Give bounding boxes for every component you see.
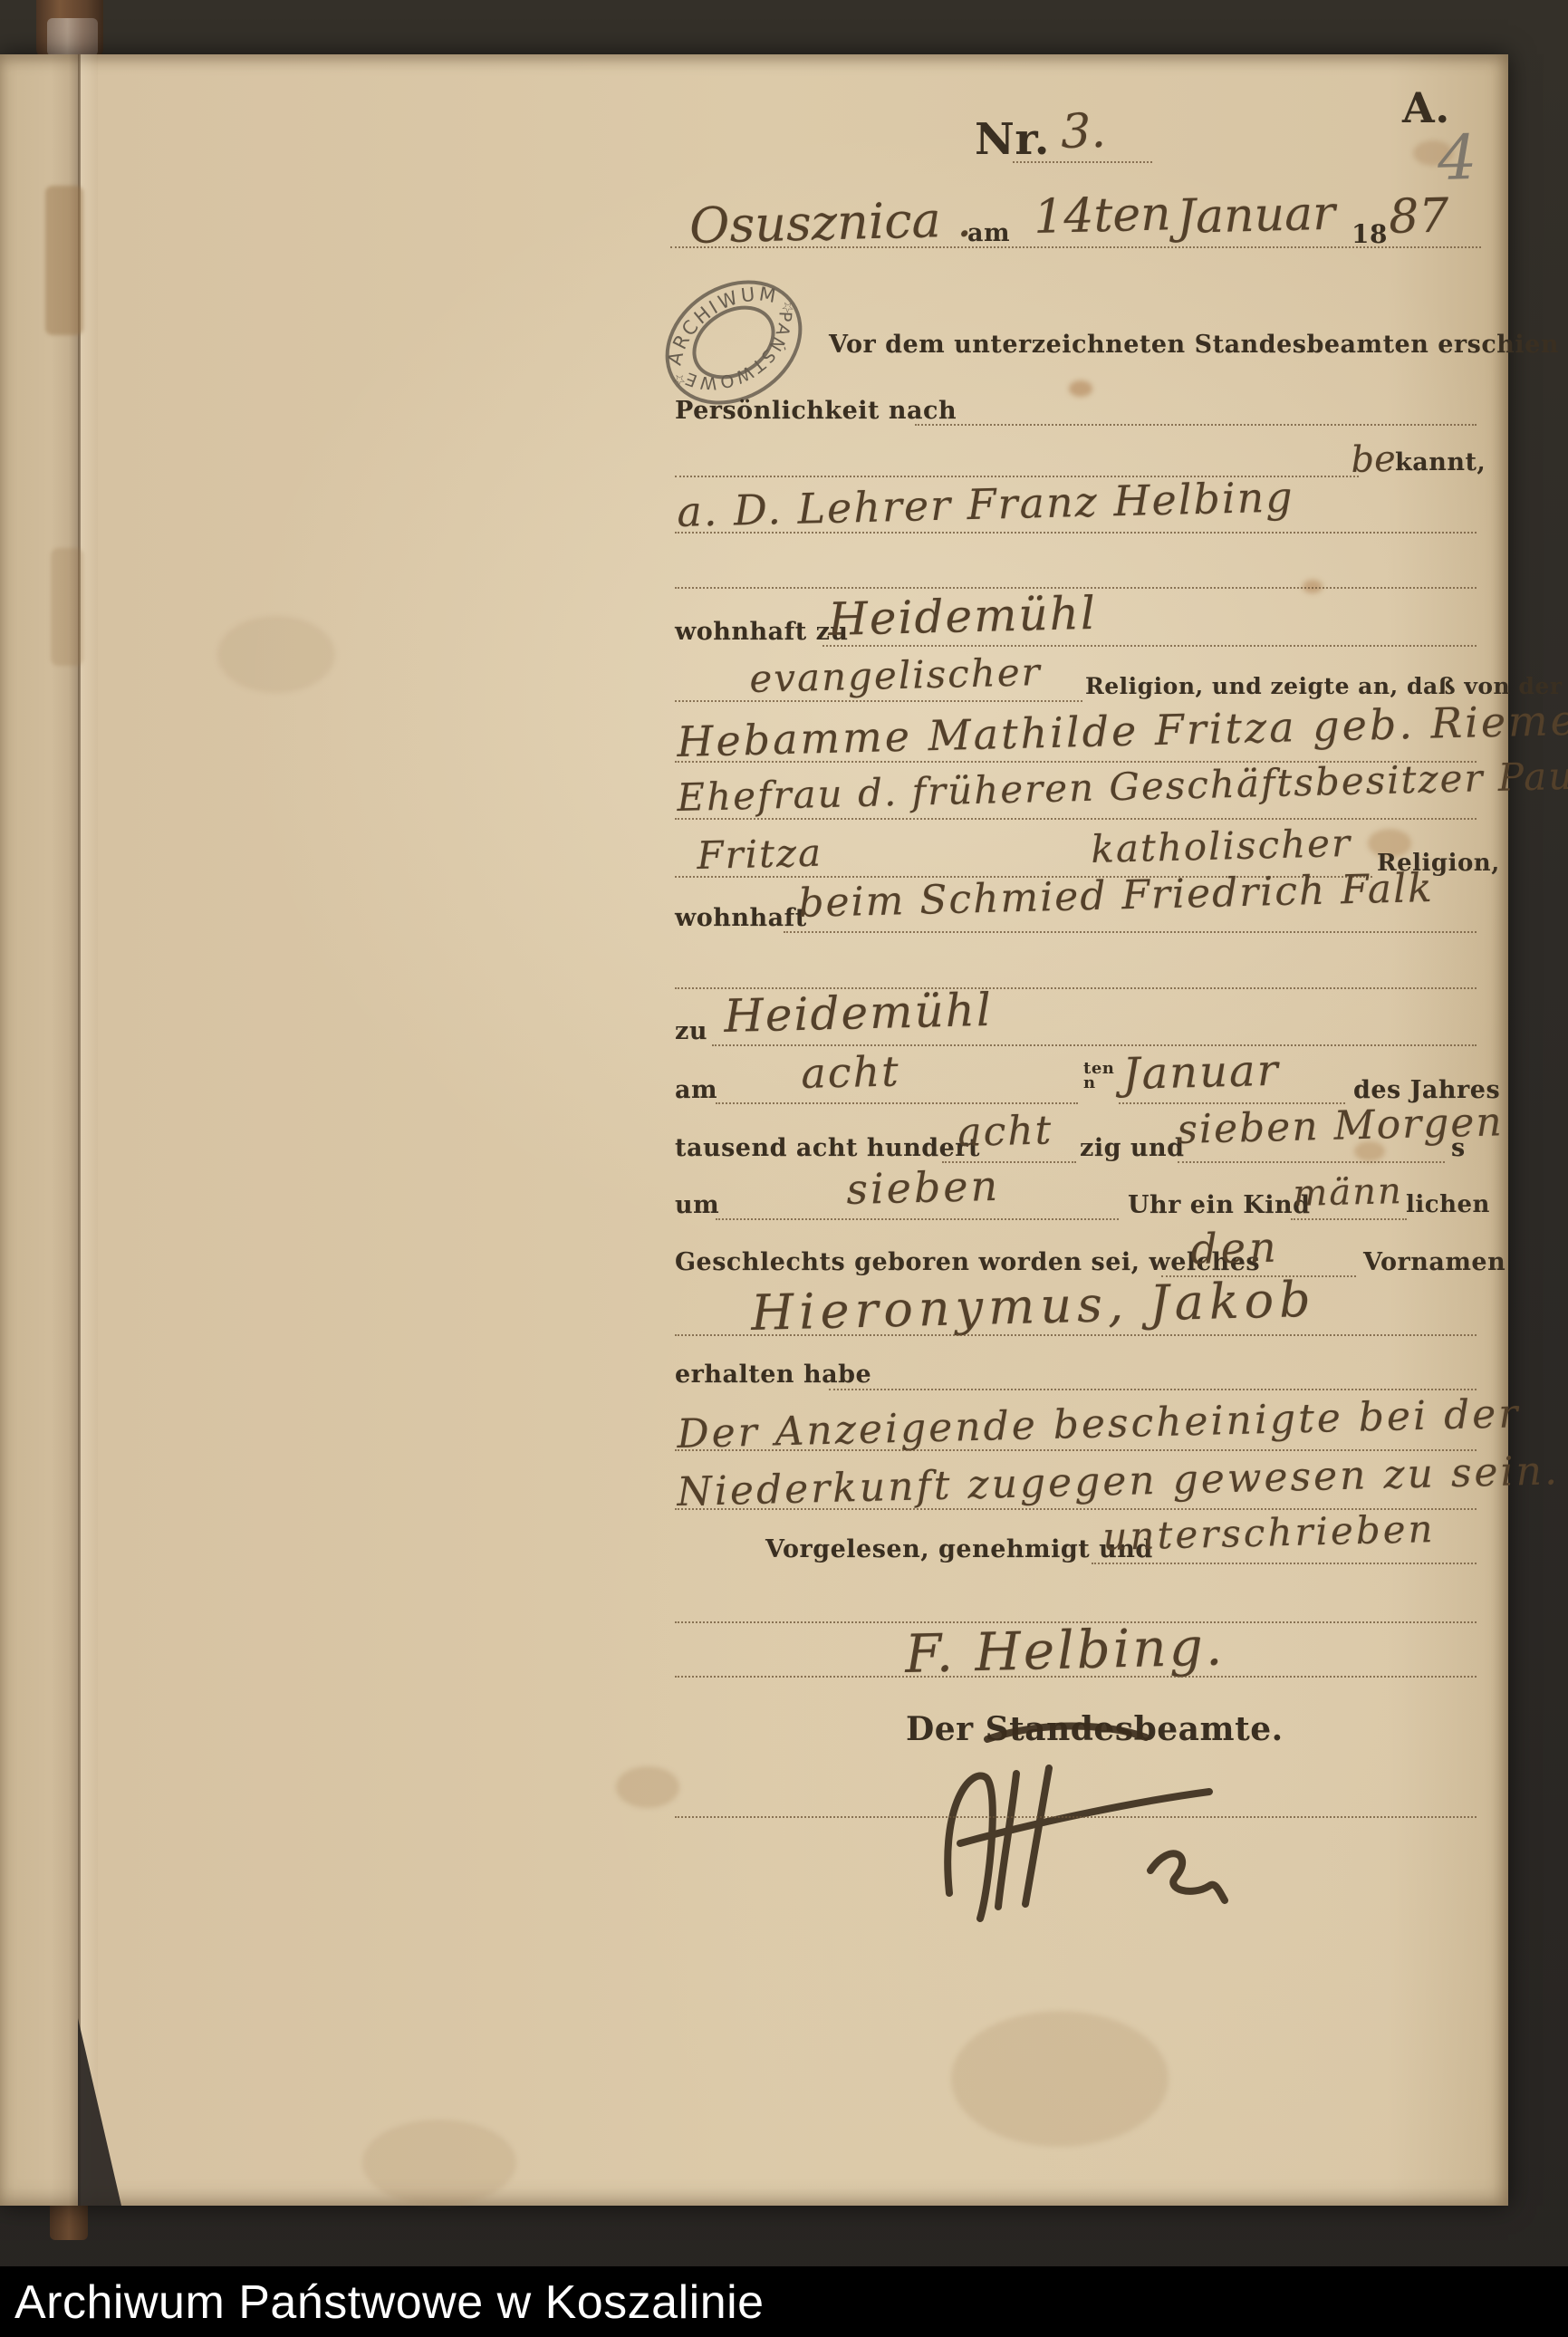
tausend-printed: tausend acht hundert: [675, 1134, 980, 1162]
zig-und-printed: zig und: [1080, 1134, 1185, 1162]
declarant-entry: a. D. Lehrer Franz Helbing: [677, 472, 1295, 536]
dotted-line: [822, 645, 1477, 647]
vornamen-printed: Vornamen: [1363, 1248, 1505, 1276]
dotted-line: [1013, 161, 1152, 163]
dotted-line: [675, 1816, 1477, 1818]
paper-stain: [217, 616, 335, 693]
closing-line2-entry: Niederkunft zugegen gewesen zu sein.: [677, 1447, 1561, 1515]
erhalten-habe-printed: erhalten habe: [675, 1361, 871, 1389]
child-names-entry: Hieronymus, Jakob: [750, 1271, 1316, 1342]
dotted-line: [675, 1676, 1477, 1678]
dotted-line: [716, 1102, 1078, 1104]
dotted-line: [1291, 1218, 1407, 1220]
paper-stain: [616, 1766, 679, 1808]
date-day-entry: 14ten: [1034, 187, 1172, 245]
intro-printed: Vor dem unterzeichneten Standesbeamten e…: [829, 331, 1568, 359]
dotted-line: [670, 246, 1481, 248]
place-entry: Osusznica .: [688, 190, 972, 255]
dotted-line: [1092, 1563, 1477, 1564]
birth-day-entry: acht: [801, 1046, 901, 1098]
paper-stain: [951, 2011, 1169, 2147]
decade-entry: acht: [957, 1107, 1053, 1156]
lichen-printed: lichen: [1406, 1191, 1490, 1218]
torn-corner-shadow: [78, 2018, 121, 2206]
n-label: n: [1083, 1073, 1096, 1092]
dotted-line: [675, 1449, 1477, 1451]
book-binding-threads: [47, 18, 98, 56]
tape-remnant: [51, 548, 83, 666]
unterschrieben-entry: unterschrieben: [1102, 1506, 1436, 1559]
mother-line3-surname: Fritza: [697, 831, 823, 878]
paper-stain: [362, 2120, 516, 2206]
book-spine-stub-bottom: [50, 2206, 88, 2240]
bekannt-printed: kannt,: [1395, 448, 1486, 476]
official-signature-scribble: [933, 1685, 1232, 1929]
year-entry: 87: [1389, 188, 1450, 245]
date-month-entry: Januar: [1177, 187, 1336, 245]
dotted-line: [712, 1044, 1477, 1046]
dotted-line: [829, 1389, 1477, 1390]
birth-place-entry: Heidemühl: [724, 984, 994, 1043]
gender-entry: männ: [1293, 1170, 1403, 1215]
register-page: A. 4 Nr. 3. Osusznica . am 14ten Januar …: [0, 54, 1508, 2206]
archive-caption-bar: Archiwum Państwowe w Koszalinie: [0, 2266, 1568, 2337]
tape-remnant: [45, 186, 83, 335]
record-no-label: Nr.: [975, 114, 1050, 165]
closing-line1-entry: Der Anzeigende bescheinigte bei der: [677, 1390, 1521, 1457]
wohnhaft-printed: wohnhaft: [675, 904, 807, 932]
um-printed: um: [675, 1191, 719, 1219]
geschlechts-printed: Geschlechts geboren worden sei, welches: [675, 1248, 1260, 1276]
am2-printed: am: [675, 1076, 717, 1104]
dotted-line: [784, 931, 1477, 933]
residence2-entry: beim Schmied Friedrich Falk: [798, 865, 1435, 927]
fold-crease-band: [51, 54, 98, 2206]
am-label: am: [967, 219, 1010, 247]
bekannt-hand: be: [1351, 438, 1396, 481]
dotted-line: [675, 532, 1477, 534]
mother-line2-entry: Ehefrau d. früheren Geschäftsbesitzer Pa…: [677, 753, 1568, 820]
dotted-line: [716, 1218, 1119, 1220]
mother-religion-entry: katholischer: [1091, 821, 1352, 871]
persoenlichkeit-printed: Persönlichkeit nach: [675, 397, 957, 425]
signature-helbing: F. Helbing.: [904, 1615, 1226, 1685]
ten-suffix-printed: tenn: [1083, 1062, 1114, 1091]
residence1-entry: Heidemühl: [828, 587, 1098, 646]
dotted-line: [675, 1334, 1477, 1336]
hour-entry: sieben: [846, 1161, 1001, 1214]
zu-printed: zu: [675, 1017, 707, 1045]
dotted-line: [915, 424, 1477, 426]
record-no-value: 3.: [1061, 104, 1107, 159]
vorgelesen-printed: Vorgelesen, genehmigt und: [765, 1535, 1153, 1563]
fold-crease-line: [78, 54, 81, 2206]
mother-line1-entry: Hebamme Mathilde Fritza geb. Riemer: [677, 695, 1568, 766]
dotted-line: [675, 700, 1082, 702]
wohnhaft-zu-printed: wohnhaft zu: [675, 618, 849, 646]
scanned-register-photo: A. 4 Nr. 3. Osusznica . am 14ten Januar …: [0, 0, 1568, 2337]
page-number-pencil: 4: [1437, 122, 1477, 195]
dotted-line: [1178, 1161, 1445, 1163]
religion1-printed: Religion, und zeigte an, daß von der: [1085, 673, 1562, 699]
s-suffix-printed: s: [1451, 1134, 1466, 1162]
paper-stain: [1069, 380, 1092, 397]
uhr-ein-kind-printed: Uhr ein Kind: [1128, 1191, 1311, 1219]
birth-month-entry: Januar: [1122, 1045, 1281, 1100]
archive-caption-label: Archiwum Państwowe w Koszalinie: [14, 2275, 765, 2330]
dotted-line: [675, 818, 1477, 820]
religion1-entry: evangelischer: [749, 649, 1042, 701]
year-printed: 18: [1352, 219, 1388, 249]
den-entry: den: [1190, 1223, 1281, 1274]
